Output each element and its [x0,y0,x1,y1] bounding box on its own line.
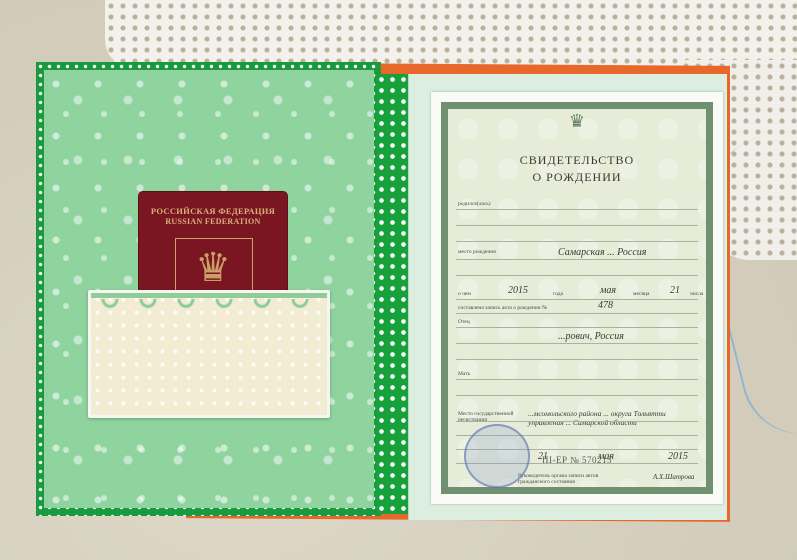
certificate-body: ♛ СВИДЕТЕЛЬСТВО О РОЖДЕНИИ родился(лась)… [441,102,713,494]
photo-scene: РОССИЙСКАЯ ФЕДЕРАЦИЯ RUSSIAN FEDERATION … [0,0,797,560]
envelope-pocket [88,290,330,418]
birth-certificate: ♛ СВИДЕТЕЛЬСТВО О РОЖДЕНИИ родился(лась)… [431,92,723,504]
envelope-lace-border [91,293,327,319]
registry-office-value: ...мсомольского района ... округа Тольят… [528,409,698,427]
field-label: Отец [458,319,470,325]
passport-country-en: RUSSIAN FEDERATION [139,217,287,226]
field-label: место рождения [458,249,496,255]
field-label: Мать [458,371,470,377]
father-value: ...рович, Россия [558,331,624,342]
field-label: родился(лась) [458,201,491,207]
passport-country-ru: РОССИЙСКАЯ ФЕДЕРАЦИЯ [139,206,287,216]
field-label: о чем [458,291,471,297]
certificate-title: СВИДЕТЕЛЬСТВО [448,153,706,168]
signatory-label: Руководитель органа записи актов граждан… [518,473,618,485]
field-label: составлена запись акта о рождении № [458,305,547,311]
certificate-subtitle: О РОЖДЕНИИ [448,170,706,185]
certificate-series-number: III-ЕР № 570215 [448,455,706,465]
year-value: 2015 [508,285,528,296]
passport: РОССИЙСКАЯ ФЕДЕРАЦИЯ RUSSIAN FEDERATION … [139,192,287,302]
signatory-name: А.Х.Шатрова [653,473,694,481]
eagle-emblem-icon: ♛ [569,111,585,132]
month-value: мая [600,285,616,296]
day-value: 21 [670,285,680,296]
folder-spine [376,74,410,514]
field-value: Самарская ... Россия [558,247,646,258]
document-folder: РОССИЙСКАЯ ФЕДЕРАЦИЯ RUSSIAN FEDERATION … [36,62,730,520]
eagle-emblem-icon: ♛ [189,244,237,292]
record-number: 478 [598,300,613,311]
